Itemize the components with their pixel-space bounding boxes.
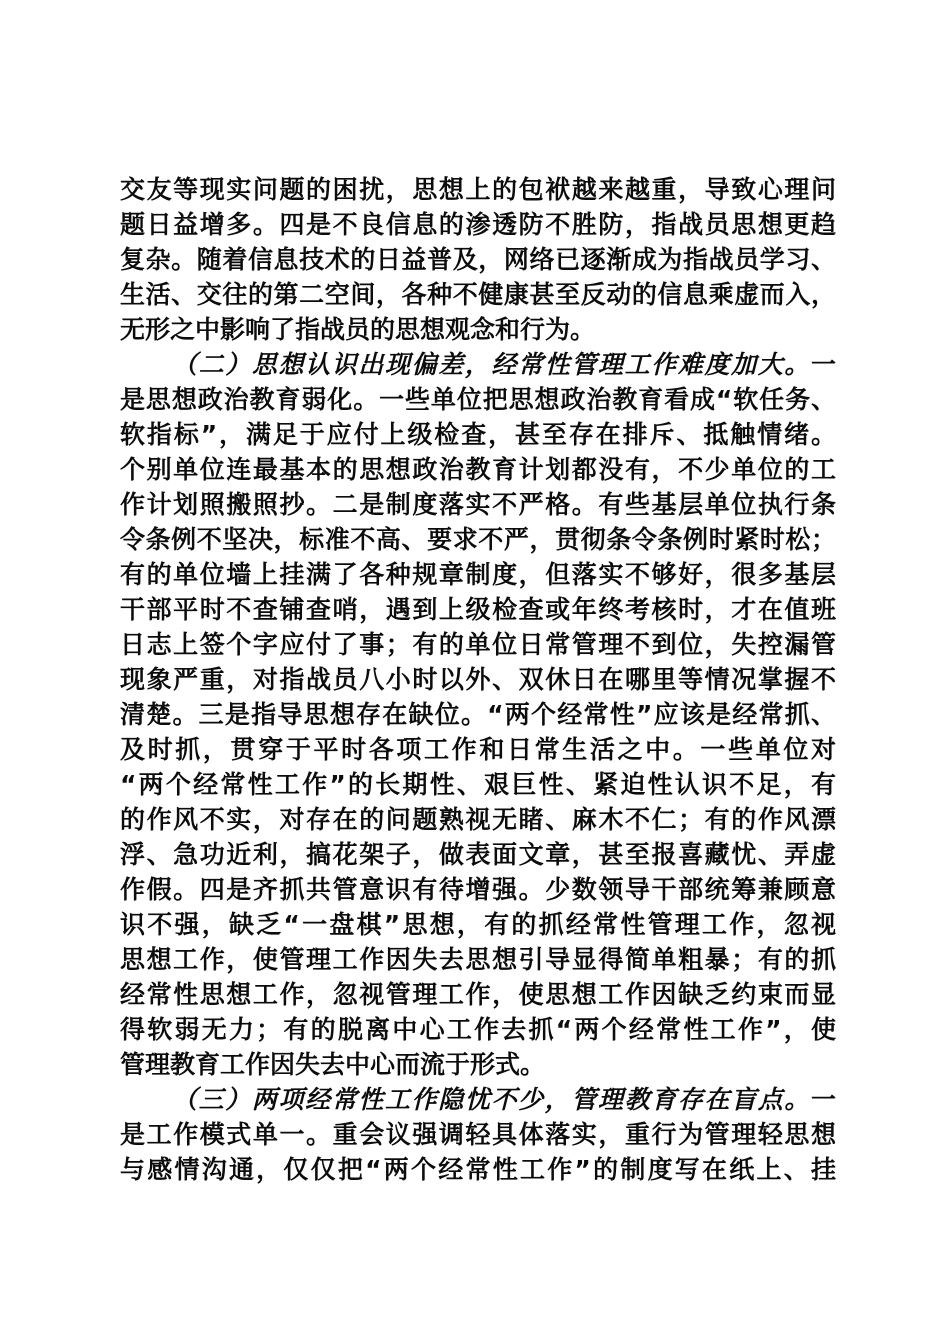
body-text: 现象严重，对指战员八小时以外、双休日在哪里等情况掌握不 bbox=[120, 665, 836, 694]
body-text: 一 bbox=[811, 1085, 836, 1114]
text-line: （三）两项经常性工作隐忧不少，管理教育存在盲点。一 bbox=[120, 1082, 836, 1117]
text-line: 经常性思想工作，忽视管理工作，使思想工作因缺乏约束而显 bbox=[120, 977, 836, 1012]
body-text: 思想工作，使管理工作因失去思想引导显得简单粗暴；有的抓 bbox=[120, 945, 836, 974]
body-text: 干部平时不查铺查哨，遇到上级检查或年终考核时，才在值班 bbox=[120, 595, 836, 624]
text-line: 令条例不坚决，标准不高、要求不严，贯彻条令条例时紧时松； bbox=[120, 522, 836, 557]
body-text: 及时抓，贯穿于平时各项工作和日常生活之中。一些单位对 bbox=[120, 735, 836, 764]
text-line: 与感情沟通，仅仅把“两个经常性工作”的制度写在纸上、挂 bbox=[120, 1152, 836, 1187]
text-line: 生活、交往的第二空间，各种不健康甚至反动的信息乘虚而入， bbox=[120, 277, 836, 312]
body-text: 是工作模式单一。重会议强调轻具体落实，重行为管理轻思想 bbox=[120, 1120, 836, 1149]
text-line: 日志上签个字应付了事；有的单位日常管理不到位，失控漏管 bbox=[120, 627, 836, 662]
text-line: 个别单位连最基本的思想政治教育计划都没有，不少单位的工 bbox=[120, 452, 836, 487]
section-heading: （三）两项经常性工作隐忧不少，管理教育存在盲点。 bbox=[172, 1085, 811, 1114]
text-line: 无形之中影响了指战员的思想观念和行为。 bbox=[120, 312, 836, 347]
text-line: （二）思想认识出现偏差，经常性管理工作难度加大。一 bbox=[120, 347, 836, 382]
text-line: 软指标”，满足于应付上级检查，甚至存在排斥、抵触情绪。 bbox=[120, 417, 836, 452]
text-line: 作假。四是齐抓共管意识有待增强。少数领导干部统筹兼顾意 bbox=[120, 872, 836, 907]
text-line: 题日益增多。四是不良信息的渗透防不胜防，指战员思想更趋 bbox=[120, 207, 836, 242]
body-text: 得软弱无力；有的脱离中心工作去抓“两个经常性工作”，使 bbox=[120, 1015, 836, 1044]
body-text: 日志上签个字应付了事；有的单位日常管理不到位，失控漏管 bbox=[120, 630, 836, 659]
text-line: 是工作模式单一。重会议强调轻具体落实，重行为管理轻思想 bbox=[120, 1117, 836, 1152]
text-line: 现象严重，对指战员八小时以外、双休日在哪里等情况掌握不 bbox=[120, 662, 836, 697]
body-text: 是思想政治教育弱化。一些单位把思想政治教育看成“软任务、 bbox=[120, 385, 836, 414]
body-text: 有的单位墙上挂满了各种规章制度，但落实不够好，很多基层 bbox=[120, 560, 836, 589]
body-text: 经常性思想工作，忽视管理工作，使思想工作因缺乏约束而显 bbox=[120, 980, 836, 1009]
text-line: 复杂。随着信息技术的日益普及，网络已逐渐成为指战员学习、 bbox=[120, 242, 836, 277]
text-line: 及时抓，贯穿于平时各项工作和日常生活之中。一些单位对 bbox=[120, 732, 836, 767]
text-line: 交友等现实问题的困扰，思想上的包袱越来越重，导致心理问 bbox=[120, 172, 836, 207]
body-text: 软指标”，满足于应付上级检查，甚至存在排斥、抵触情绪。 bbox=[120, 420, 836, 449]
body-text: 的作风不实，对存在的问题熟视无睹、麻木不仁；有的作风漂 bbox=[120, 805, 836, 834]
body-text: 与感情沟通，仅仅把“两个经常性工作”的制度写在纸上、挂 bbox=[120, 1155, 836, 1184]
text-line: 有的单位墙上挂满了各种规章制度，但落实不够好，很多基层 bbox=[120, 557, 836, 592]
text-line: 作计划照搬照抄。二是制度落实不严格。有些基层单位执行条 bbox=[120, 487, 836, 522]
body-text: 生活、交往的第二空间，各种不健康甚至反动的信息乘虚而入， bbox=[120, 280, 836, 309]
body-text: 交友等现实问题的困扰，思想上的包袱越来越重，导致心理问 bbox=[120, 175, 836, 204]
document-page: 交友等现实问题的困扰，思想上的包袱越来越重，导致心理问题日益增多。四是不良信息的… bbox=[0, 0, 950, 1344]
text-line: 清楚。三是指导思想存在缺位。“两个经常性”应该是经常抓、 bbox=[120, 697, 836, 732]
text-line: 管理教育工作因失去中心而流于形式。 bbox=[120, 1047, 836, 1082]
body-text: 无形之中影响了指战员的思想观念和行为。 bbox=[120, 315, 595, 344]
body-text: 识不强，缺乏“一盘棋”思想，有的抓经常性管理工作，忽视 bbox=[120, 910, 836, 939]
body-text: 作假。四是齐抓共管意识有待增强。少数领导干部统筹兼顾意 bbox=[120, 875, 836, 904]
text-line: 得软弱无力；有的脱离中心工作去抓“两个经常性工作”，使 bbox=[120, 1012, 836, 1047]
text-line: 思想工作，使管理工作因失去思想引导显得简单粗暴；有的抓 bbox=[120, 942, 836, 977]
text-line: 浮、急功近利，搞花架子，做表面文章，甚至报喜藏忧、弄虚 bbox=[120, 837, 836, 872]
body-text: 一 bbox=[811, 350, 836, 379]
body-text: 作计划照搬照抄。二是制度落实不严格。有些基层单位执行条 bbox=[120, 490, 836, 519]
body-text: 复杂。随着信息技术的日益普及，网络已逐渐成为指战员学习、 bbox=[120, 245, 836, 274]
document-text-block: 交友等现实问题的困扰，思想上的包袱越来越重，导致心理问题日益增多。四是不良信息的… bbox=[120, 172, 836, 1187]
body-text: 令条例不坚决，标准不高、要求不严，贯彻条令条例时紧时松； bbox=[120, 525, 836, 554]
text-line: 干部平时不查铺查哨，遇到上级检查或年终考核时，才在值班 bbox=[120, 592, 836, 627]
body-text: 浮、急功近利，搞花架子，做表面文章，甚至报喜藏忧、弄虚 bbox=[120, 840, 836, 869]
text-line: 识不强，缺乏“一盘棋”思想，有的抓经常性管理工作，忽视 bbox=[120, 907, 836, 942]
section-heading: （二）思想认识出现偏差，经常性管理工作难度加大。 bbox=[172, 350, 811, 379]
text-line: 是思想政治教育弱化。一些单位把思想政治教育看成“软任务、 bbox=[120, 382, 836, 417]
text-line: 的作风不实，对存在的问题熟视无睹、麻木不仁；有的作风漂 bbox=[120, 802, 836, 837]
body-text: 题日益增多。四是不良信息的渗透防不胜防，指战员思想更趋 bbox=[120, 210, 836, 239]
body-text: 管理教育工作因失去中心而流于形式。 bbox=[120, 1050, 545, 1079]
text-line: “两个经常性工作”的长期性、艰巨性、紧迫性认识不足，有 bbox=[120, 767, 836, 802]
body-text: “两个经常性工作”的长期性、艰巨性、紧迫性认识不足，有 bbox=[120, 770, 836, 799]
body-text: 清楚。三是指导思想存在缺位。“两个经常性”应该是经常抓、 bbox=[120, 700, 836, 729]
body-text: 个别单位连最基本的思想政治教育计划都没有，不少单位的工 bbox=[120, 455, 836, 484]
